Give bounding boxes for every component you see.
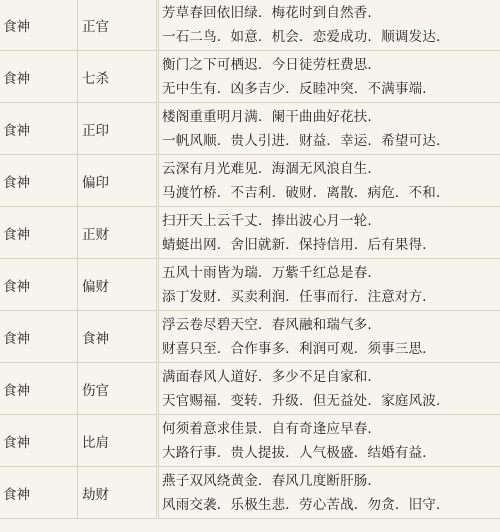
cell-day-god: 食神 bbox=[0, 155, 78, 207]
cell-ten-god: 偏财 bbox=[78, 259, 158, 311]
cell-verse: 何须着意求佳景．自有奇逢应早春． 大路行事．贵人提拔．人气极盛．结婚有益． bbox=[158, 415, 500, 467]
cell-day-god: 食神 bbox=[0, 363, 78, 415]
fortune-table-body: 食神 正官 芳草春回依旧绿．梅花时到自然香． 一石二鸟．如意．机会．恋爱成功．顺… bbox=[0, 0, 500, 519]
verse-line-2: 风雨交袭．乐极生悲．劳心苦战．勿贪．旧守． bbox=[162, 493, 500, 517]
table-row: 食神 七杀 衡门之下可栖迟．今日徒劳枉费思． 无中生有．凶多吉少．反睦冲突．不满… bbox=[0, 51, 500, 103]
fortune-table: 食神 正官 芳草春回依旧绿．梅花时到自然香． 一石二鸟．如意．机会．恋爱成功．顺… bbox=[0, 0, 500, 519]
cell-ten-god: 正财 bbox=[78, 207, 158, 259]
verse-line-2: 财喜只至．合作事多．利润可观．须事三思． bbox=[162, 337, 500, 361]
table-row: 食神 正官 芳草春回依旧绿．梅花时到自然香． 一石二鸟．如意．机会．恋爱成功．顺… bbox=[0, 0, 500, 51]
cell-verse: 楼阁重重明月满．阑干曲曲好花扶． 一帆风顺．贵人引进．财益．幸运．希望可达． bbox=[158, 103, 500, 155]
verse-line-1: 满面春风人道好．多少不足自家和． bbox=[162, 365, 500, 389]
cell-ten-god: 正官 bbox=[78, 0, 158, 51]
cell-day-god: 食神 bbox=[0, 311, 78, 363]
cell-verse: 扫开天上云千丈．捧出波心月一轮． 蜻蜓出网．舍旧就新．保持信用．后有果得． bbox=[158, 207, 500, 259]
cell-ten-god: 七杀 bbox=[78, 51, 158, 103]
verse-line-2: 蜻蜓出网．舍旧就新．保持信用．后有果得． bbox=[162, 233, 500, 257]
table-row: 食神 劫财 燕子双风绕黄金．春风几度断肝肠． 风雨交袭．乐极生悲．劳心苦战．勿贪… bbox=[0, 467, 500, 519]
cell-ten-god: 伤官 bbox=[78, 363, 158, 415]
cell-ten-god: 食神 bbox=[78, 311, 158, 363]
table-row: 食神 正财 扫开天上云千丈．捧出波心月一轮． 蜻蜓出网．舍旧就新．保持信用．后有… bbox=[0, 207, 500, 259]
verse-line-2: 一石二鸟．如意．机会．恋爱成功．顺调发达． bbox=[162, 25, 500, 49]
verse-line-1: 云深有月光难见．海涸无风浪自生． bbox=[162, 157, 500, 181]
cell-verse: 五风十雨皆为瑞．万紫千红总是春． 添丁发财．买卖利润．任事而行．注意对方． bbox=[158, 259, 500, 311]
cell-ten-god: 劫财 bbox=[78, 467, 158, 519]
verse-line-2: 添丁发财．买卖利润．任事而行．注意对方． bbox=[162, 285, 500, 309]
cell-day-god: 食神 bbox=[0, 259, 78, 311]
cell-ten-god: 正印 bbox=[78, 103, 158, 155]
cell-day-god: 食神 bbox=[0, 467, 78, 519]
verse-line-1: 楼阁重重明月满．阑干曲曲好花扶． bbox=[162, 105, 500, 129]
table-row: 食神 正印 楼阁重重明月满．阑干曲曲好花扶． 一帆风顺．贵人引进．财益．幸运．希… bbox=[0, 103, 500, 155]
table-row: 食神 伤官 满面春风人道好．多少不足自家和． 天官赐福．变转．升级．但无益处．家… bbox=[0, 363, 500, 415]
verse-line-2: 一帆风顺．贵人引进．财益．幸运．希望可达． bbox=[162, 129, 500, 153]
verse-line-1: 燕子双风绕黄金．春风几度断肝肠． bbox=[162, 469, 500, 493]
verse-line-2: 马渡竹桥．不吉利．破财．离散．病危．不和． bbox=[162, 181, 500, 205]
table-row: 食神 食神 浮云卷尽碧天空．春风融和瑞气多． 财喜只至．合作事多．利润可观．须事… bbox=[0, 311, 500, 363]
cell-verse: 满面春风人道好．多少不足自家和． 天官赐福．变转．升级．但无益处．家庭风波． bbox=[158, 363, 500, 415]
cell-day-god: 食神 bbox=[0, 103, 78, 155]
verse-line-1: 五风十雨皆为瑞．万紫千红总是春． bbox=[162, 261, 500, 285]
cell-day-god: 食神 bbox=[0, 51, 78, 103]
cell-verse: 燕子双风绕黄金．春风几度断肝肠． 风雨交袭．乐极生悲．劳心苦战．勿贪．旧守． bbox=[158, 467, 500, 519]
verse-line-1: 扫开天上云千丈．捧出波心月一轮． bbox=[162, 209, 500, 233]
table-row: 食神 偏印 云深有月光难见．海涸无风浪自生． 马渡竹桥．不吉利．破财．离散．病危… bbox=[0, 155, 500, 207]
cell-ten-god: 比肩 bbox=[78, 415, 158, 467]
verse-line-2: 无中生有．凶多吉少．反睦冲突．不满事端． bbox=[162, 77, 500, 101]
verse-line-1: 衡门之下可栖迟．今日徒劳枉费思． bbox=[162, 53, 500, 77]
table-row: 食神 比肩 何须着意求佳景．自有奇逢应早春． 大路行事．贵人提拔．人气极盛．结婚… bbox=[0, 415, 500, 467]
cell-day-god: 食神 bbox=[0, 0, 78, 51]
verse-line-1: 芳草春回依旧绿．梅花时到自然香． bbox=[162, 1, 500, 25]
verse-line-1: 浮云卷尽碧天空．春风融和瑞气多． bbox=[162, 313, 500, 337]
cell-day-god: 食神 bbox=[0, 207, 78, 259]
cell-verse: 浮云卷尽碧天空．春风融和瑞气多． 财喜只至．合作事多．利润可观．须事三思． bbox=[158, 311, 500, 363]
cell-verse: 芳草春回依旧绿．梅花时到自然香． 一石二鸟．如意．机会．恋爱成功．顺调发达． bbox=[158, 0, 500, 51]
verse-line-1: 何须着意求佳景．自有奇逢应早春． bbox=[162, 417, 500, 441]
cell-day-god: 食神 bbox=[0, 415, 78, 467]
cell-verse: 衡门之下可栖迟．今日徒劳枉费思． 无中生有．凶多吉少．反睦冲突．不满事端． bbox=[158, 51, 500, 103]
cell-verse: 云深有月光难见．海涸无风浪自生． 马渡竹桥．不吉利．破财．离散．病危．不和． bbox=[158, 155, 500, 207]
verse-line-2: 天官赐福．变转．升级．但无益处．家庭风波． bbox=[162, 389, 500, 413]
verse-line-2: 大路行事．贵人提拔．人气极盛．结婚有益． bbox=[162, 441, 500, 465]
table-row: 食神 偏财 五风十雨皆为瑞．万紫千红总是春． 添丁发财．买卖利润．任事而行．注意… bbox=[0, 259, 500, 311]
cell-ten-god: 偏印 bbox=[78, 155, 158, 207]
